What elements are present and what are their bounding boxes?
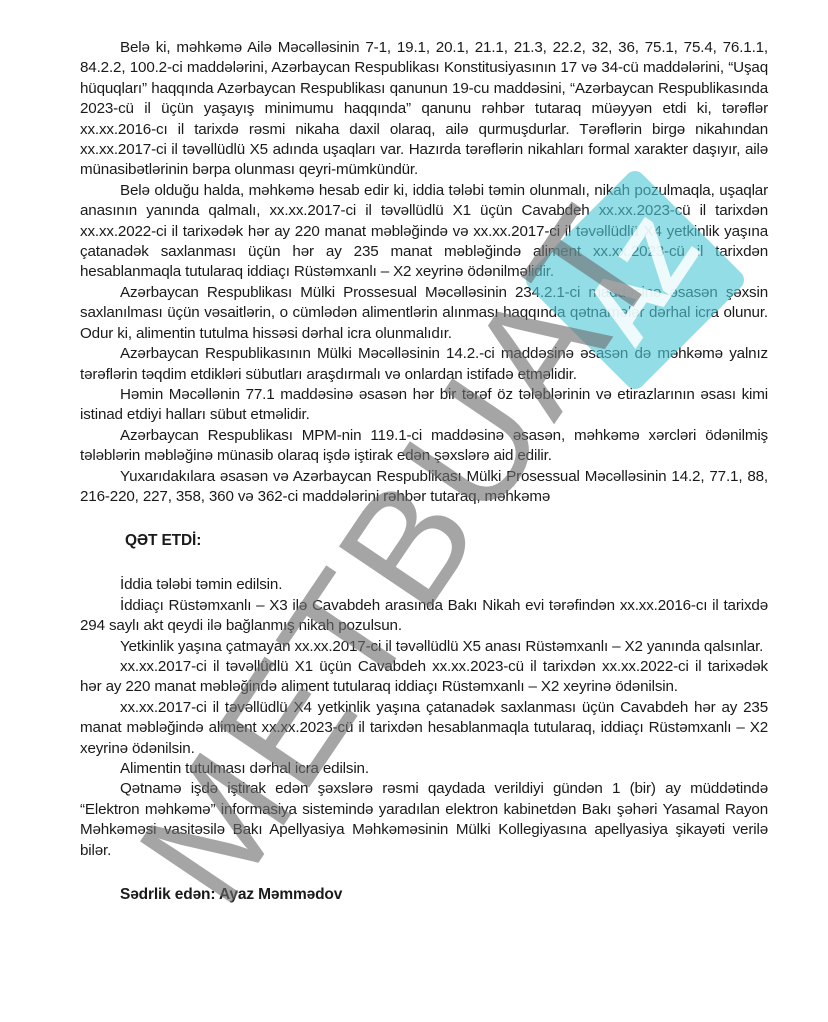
court-decision-document: Belə ki, məhkəmə Ailə Məcəlləsinin 7-1, … (80, 38, 768, 905)
decision-paragraph: İddiaçı Rüstəmxanlı – X3 ilə Cavabdeh ar… (80, 596, 768, 637)
paragraph: Belə ki, məhkəmə Ailə Məcəlləsinin 7-1, … (80, 38, 768, 181)
spacer (80, 551, 768, 575)
decision-paragraph: Alimentin tutulması dərhal icra edilsin. (80, 759, 768, 779)
paragraph: Azərbaycan Respublikası Mülki Prossesual… (80, 283, 768, 344)
paragraph: Yuxarıdakılara əsasən və Azərbaycan Resp… (80, 467, 768, 508)
decision-paragraph: İddia tələbi təmin edilsin. (80, 575, 768, 595)
paragraph: Belə olduğu halda, məhkəmə hesab edir ki… (80, 181, 768, 283)
decision-paragraph: xx.xx.2017-ci il təvəllüdlü X4 yetkinlik… (80, 698, 768, 759)
paragraph: Həmin Məcəllənin 77.1 maddəsinə əsasən h… (80, 385, 768, 426)
decision-paragraph: xx.xx.2017-ci il təvəllüdlü X1 üçün Cava… (80, 657, 768, 698)
decision-heading: QƏT ETDİ: (80, 531, 768, 551)
decision-paragraph: Qətnamə işdə iştirak edən şəxslərə rəsmi… (80, 779, 768, 861)
paragraph: Azərbaycan Respublikasının Mülki Məcəllə… (80, 344, 768, 385)
decision-paragraph: Yetkinlik yaşına çatmayan xx.xx.2017-ci … (80, 637, 768, 657)
paragraph: Azərbaycan Respublikası MPM-nin 119.1-ci… (80, 426, 768, 467)
presiding-judge-signature: Sədrlik edən: Ayaz Məmmədov (80, 885, 768, 905)
